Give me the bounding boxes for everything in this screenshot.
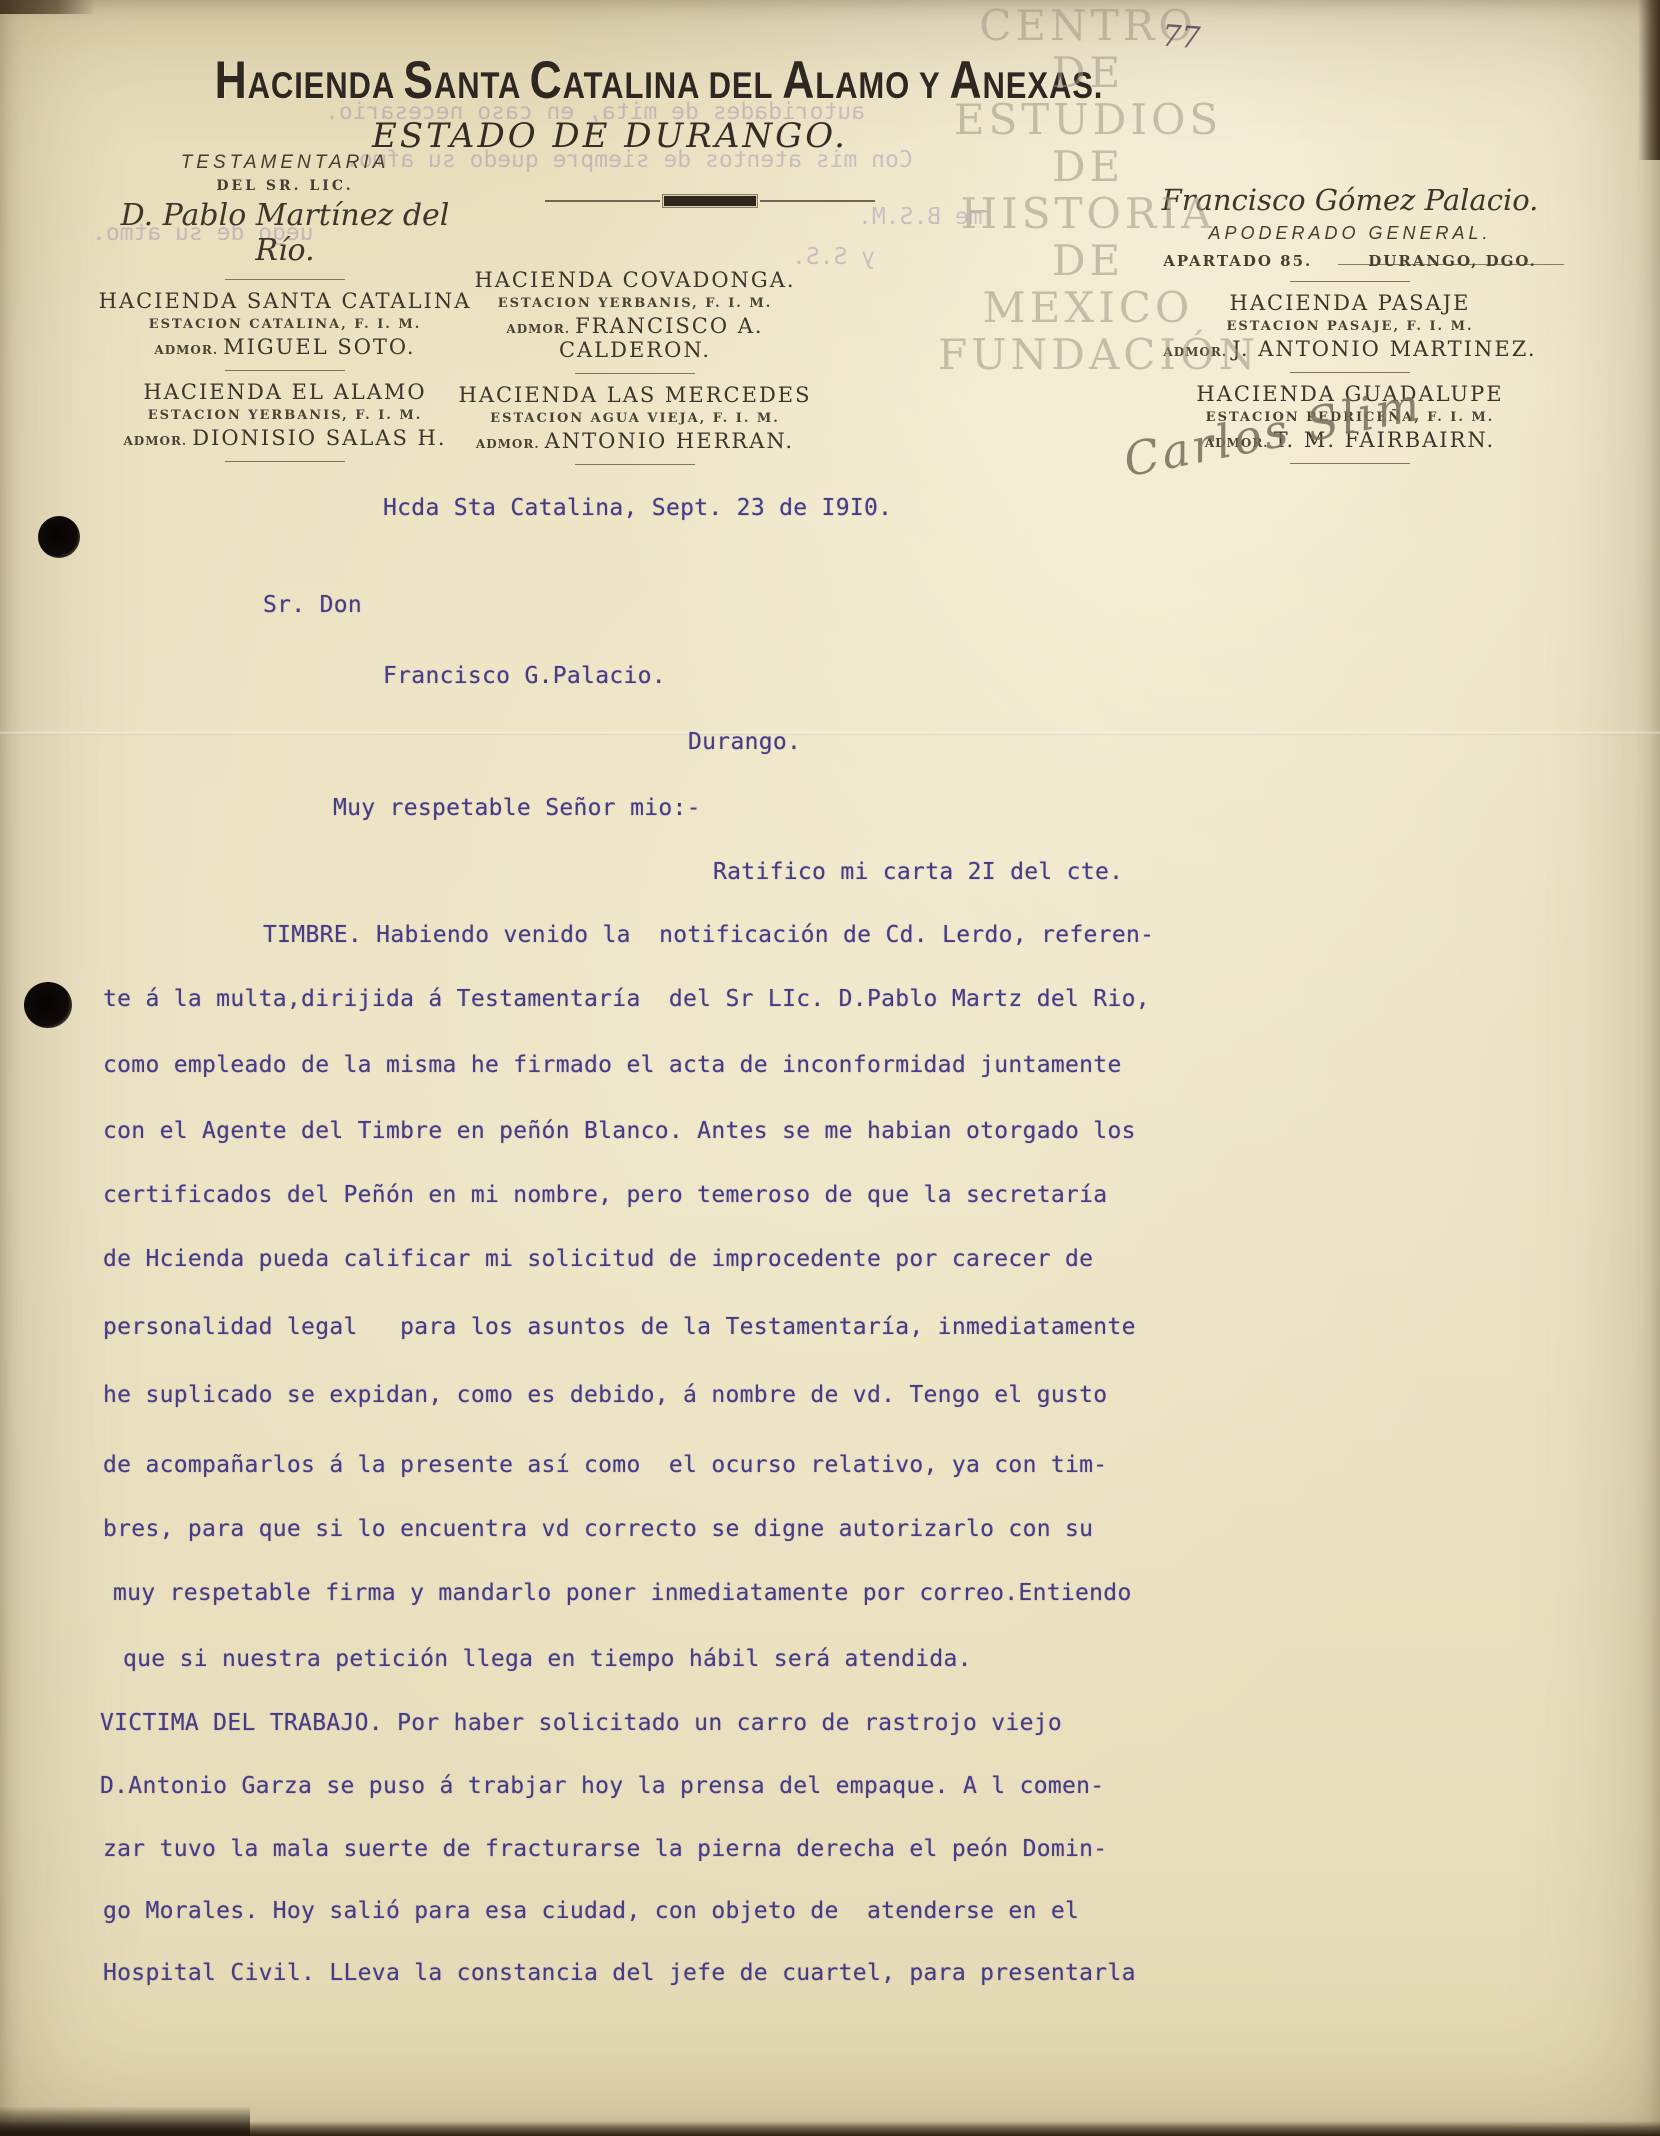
watermark-line: ESTUDIOS	[938, 96, 1238, 143]
watermark-line: FUNDACIÓN	[938, 331, 1238, 378]
watermark: CENTRO DE ESTUDIOS DE HISTORIA DE MEXICO…	[938, 2, 1238, 378]
date-line: Hcda Sta Catalina, Sept. 23 de I9I0.	[383, 495, 892, 521]
admor-label: ADMOR.	[476, 437, 540, 451]
hacienda-title: HACIENDA LAS MERCEDES	[455, 383, 815, 407]
hacienda-admor: ADMOR. MIGUEL SOTO.	[95, 335, 475, 359]
hacienda-block: HACIENDA COVADONGA. ESTACION YERBANIS, F…	[455, 268, 815, 362]
paper-edge-bottom	[0, 2121, 1660, 2136]
letter-line: VICTIMA DEL TRABAJO. Por haber solicitad…	[100, 1710, 1062, 1736]
hacienda-admor: ADMOR. ANTONIO HERRAN.	[455, 429, 815, 453]
hacienda-station: ESTACION YERBANIS, F. I. M.	[455, 296, 815, 311]
divider	[225, 461, 345, 462]
letter-line: como empleado de la misma he firmado el …	[103, 1052, 1122, 1078]
hacienda-station: ESTACION AGUA VIEJA, F. I. M.	[455, 411, 815, 426]
admor-label: ADMOR.	[154, 343, 218, 357]
letter-line: go Morales. Hoy salió para esa ciudad, c…	[103, 1898, 1079, 1924]
admor-name: ANTONIO HERRAN.	[545, 429, 794, 453]
hacienda-block: HACIENDA EL ALAMO ESTACION YERBANIS, F. …	[95, 380, 475, 450]
divider	[1290, 463, 1410, 464]
letter-line: zar tuvo la mala suerte de fracturarse l…	[103, 1836, 1107, 1862]
letter-line: de Hcienda pueda calificar mi solicitud …	[103, 1246, 1093, 1272]
letter-line: TIMBRE. Habiendo venido la notificación …	[263, 922, 1154, 948]
letter-line: que si nuestra petición llega en tiempo …	[123, 1646, 972, 1672]
letter-line: D.Antonio Garza se puso á trabjar hoy la…	[100, 1773, 1104, 1799]
paper-edge-top-right	[1638, 0, 1660, 160]
admor-name: FRANCISCO A. CALDERON.	[559, 314, 764, 362]
paper-edge-top-left	[0, 0, 96, 14]
letter-line: de acompañarlos á la presente así como e…	[103, 1452, 1107, 1478]
ornament-divider	[545, 196, 875, 206]
letter-line: personalidad legal para los asuntos de l…	[103, 1314, 1136, 1340]
divider	[225, 279, 345, 280]
hacienda-station: ESTACION YERBANIS, F. I. M.	[95, 408, 475, 423]
admor-label: ADMOR.	[506, 322, 570, 336]
watermark-line: DE MEXICO	[938, 237, 1238, 331]
testamentaria-label: TESTAMENTARIA	[95, 152, 475, 174]
divider	[225, 370, 345, 371]
hacienda-block: HACIENDA SANTA CATALINA ESTACION CATALIN…	[95, 289, 475, 359]
watermark-line: DE HISTORIA	[938, 143, 1238, 237]
letter-line: Hospital Civil. LLeva la constancia del …	[103, 1960, 1136, 1986]
hacienda-title: HACIENDA SANTA CATALINA	[95, 289, 475, 313]
hacienda-block: HACIENDA LAS MERCEDES ESTACION AGUA VIEJ…	[455, 383, 815, 453]
agent-city: DURANGO, DGO.	[1368, 252, 1537, 270]
hacienda-admor: ADMOR. DIONISIO SALAS H.	[95, 426, 475, 450]
fold-crease	[0, 731, 1660, 735]
divider	[1290, 372, 1410, 373]
divider	[575, 373, 695, 374]
letter-line: bres, para que si lo encuentra vd correc…	[103, 1516, 1093, 1542]
letterhead-left-column: TESTAMENTARIA DEL SR. LIC. D. Pablo Mart…	[95, 152, 475, 471]
testamentaria-sublabel: DEL SR. LIC.	[95, 178, 475, 194]
archive-page-number: 77	[1161, 19, 1202, 57]
letter-line: Durango.	[688, 729, 801, 755]
hacienda-admor: ADMOR. FRANCISCO A. CALDERON.	[455, 314, 815, 362]
testamentaria-name: D. Pablo Martínez del Río.	[95, 198, 475, 268]
letter-line: Muy respetable Señor mio:-	[333, 795, 701, 821]
letter-line: te á la multa,dirijida á Testamentaría d…	[103, 986, 1150, 1012]
letter-line: con el Agente del Timbre en peñón Blanco…	[103, 1118, 1136, 1144]
letter-line: certificados del Peñón en mi nombre, per…	[103, 1182, 1107, 1208]
hacienda-title: HACIENDA COVADONGA.	[455, 268, 815, 292]
letter-line: he suplicado se expidan, como es debido,…	[103, 1382, 1107, 1408]
admor-name: DIONISIO SALAS H.	[192, 426, 446, 450]
letter-line: Francisco G.Palacio.	[383, 663, 666, 689]
hole-punch-bottom	[24, 982, 72, 1028]
admor-name: MIGUEL SOTO.	[223, 335, 416, 359]
letterhead-subtitle: ESTADO DE DURANGO.	[320, 116, 900, 156]
divider	[1290, 281, 1410, 282]
admor-name: J. ANTONIO MARTINEZ.	[1232, 337, 1536, 361]
letter-line: muy respetable firma y mandarlo poner in…	[113, 1580, 1132, 1606]
divider	[575, 464, 695, 465]
hacienda-title: HACIENDA EL ALAMO	[95, 380, 475, 404]
hacienda-station: ESTACION CATALINA, F. I. M.	[95, 317, 475, 332]
admor-label: ADMOR.	[123, 434, 187, 448]
hole-punch-top	[38, 516, 80, 558]
paper-edge-bottom-left	[0, 2106, 250, 2136]
letterhead-center-column: HACIENDA COVADONGA. ESTACION YERBANIS, F…	[455, 266, 815, 474]
letter-line: Ratifico mi carta 2I del cte.	[713, 859, 1123, 885]
letter-line: Sr. Don	[263, 592, 362, 618]
scanned-letter-page: autoridades de mita, en caso necesario. …	[0, 0, 1660, 2136]
